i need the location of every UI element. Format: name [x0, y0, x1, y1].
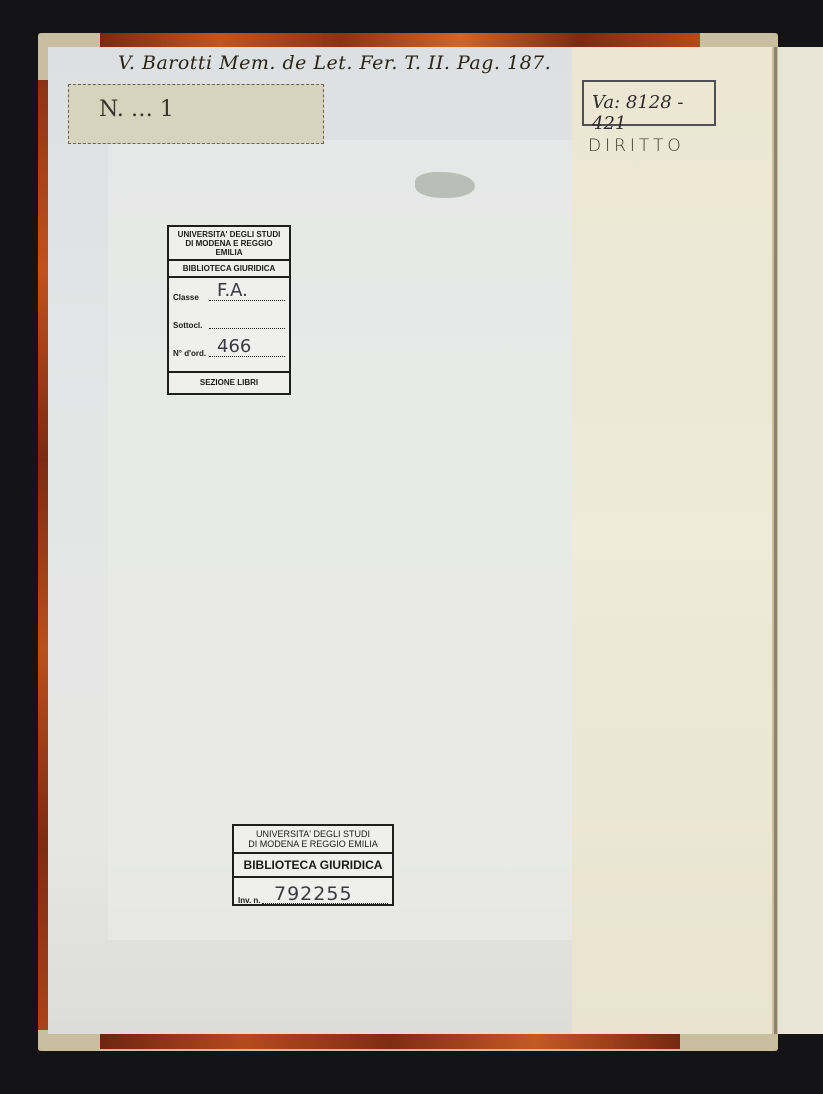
flyleaf-edge — [778, 47, 823, 1034]
nord-row: N° d'ord. 466 — [169, 334, 289, 362]
dotted-line — [209, 328, 285, 329]
classe-row: Classe F.A. — [169, 278, 289, 306]
stamp-header: UNIVERSITA' DEGLI STUDI DI MODENA E REGG… — [234, 826, 392, 854]
nord-label: N° d'ord. — [173, 349, 206, 358]
sottocl-label: Sottocl. — [173, 321, 202, 330]
old-label-text: N. … 1 — [99, 97, 174, 122]
institution-line-1: UNIVERSITA' DEGLI STUDI — [236, 829, 390, 839]
subject-note: DIRITTO — [588, 136, 685, 156]
institution-line-2: DI MODENA E REGGIO EMILIA — [171, 239, 287, 257]
library-stamp-inventory: UNIVERSITA' DEGLI STUDI DI MODENA E REGG… — [232, 824, 394, 906]
classe-label: Classe — [173, 293, 199, 302]
library-name: BIBLIOTECA GIURIDICA — [234, 854, 392, 878]
handwritten-reference: V. Barotti Mem. de Let. Fer. T. II. Pag.… — [118, 52, 551, 74]
spine-hinge — [774, 47, 777, 1034]
inventory-number: 792255 — [274, 883, 353, 905]
library-name: BIBLIOTECA GIURIDICA — [169, 261, 289, 278]
section-label: SEZIONE LIBRI — [169, 371, 289, 393]
paper-stain — [415, 172, 475, 198]
shelfmark-text: Va: 8128 - 421 — [592, 92, 714, 134]
institution-line-1: UNIVERSITA' DEGLI STUDI — [171, 230, 287, 239]
shelfmark-box: Va: 8128 - 421 — [582, 80, 716, 126]
marbled-edge-bottom — [100, 1034, 680, 1049]
sottocl-row: Sottocl. — [169, 306, 289, 334]
inventory-row: Inv. n. 792255 — [234, 878, 392, 908]
endpaper-turn-in — [572, 47, 772, 1034]
institution-line-2: DI MODENA E REGGIO EMILIA — [236, 839, 390, 849]
classe-value: F.A. — [217, 280, 248, 301]
nord-value: 466 — [217, 336, 251, 357]
inventory-label: Inv. n. — [238, 896, 261, 905]
library-stamp-classification: UNIVERSITA' DEGLI STUDI DI MODENA E REGG… — [167, 225, 291, 395]
stamp-header: UNIVERSITA' DEGLI STUDI DI MODENA E REGG… — [169, 227, 289, 261]
old-bookplate-label: N. … 1 — [68, 84, 324, 144]
